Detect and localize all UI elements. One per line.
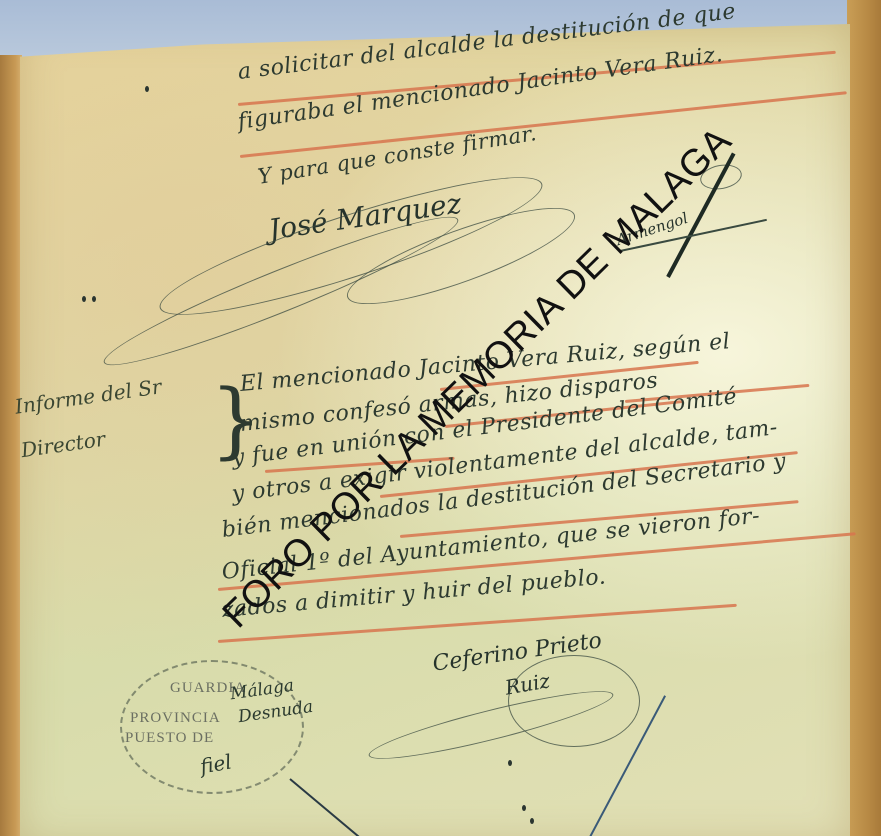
ink-dot <box>508 760 512 766</box>
ink-dot <box>92 296 96 302</box>
photo-background-right <box>847 0 881 836</box>
ink-dot <box>530 818 534 824</box>
ink-dot <box>145 86 149 92</box>
stamp-text-line-2: PROVINCIA <box>130 710 221 727</box>
ink-dot <box>82 296 86 302</box>
ink-dot <box>522 805 526 811</box>
stamp-text-line-3: PUESTO DE <box>125 730 214 747</box>
photo-background-left <box>0 55 22 836</box>
